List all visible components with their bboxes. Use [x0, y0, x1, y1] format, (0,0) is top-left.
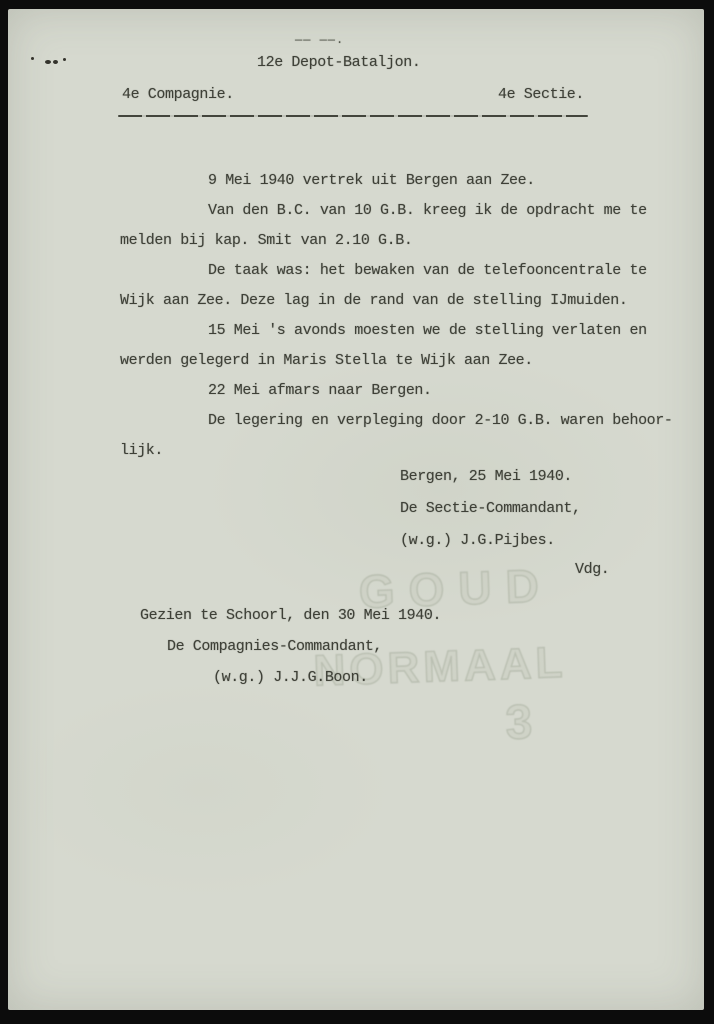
ink-speck [31, 57, 34, 60]
approval-name: (w.g.) J.J.G.Boon. [140, 662, 441, 693]
typed-top-mark: —— ——. [295, 33, 344, 47]
signature-rank: Vdg. [575, 561, 609, 578]
body-line: Van den B.C. van 10 G.B. kreeg ik de opd… [120, 196, 680, 226]
report-body: 9 Mei 1940 vertrek uit Bergen aan Zee. V… [120, 166, 680, 466]
signature-block: Bergen, 25 Mei 1940. De Sectie-Commandan… [400, 461, 581, 557]
header-rule [118, 115, 588, 117]
body-line: 22 Mei afmars naar Bergen. [120, 376, 680, 406]
watermark-text-3: 3 [505, 695, 534, 751]
body-line: werden gelegerd in Maris Stella te Wijk … [120, 346, 680, 376]
body-line: 9 Mei 1940 vertrek uit Bergen aan Zee. [120, 166, 680, 196]
signature-name: (w.g.) J.G.Pijbes. [400, 525, 581, 557]
body-line: melden bij kap. Smit van 2.10 G.B. [120, 226, 680, 256]
paper-sheet: GOUD NORMAAL 3 —— ——. 12e Depot-Bataljon… [8, 9, 704, 1010]
approval-block: Gezien te Schoorl, den 30 Mei 1940. De C… [140, 600, 441, 693]
document-title: 12e Depot-Bataljon. [257, 54, 420, 71]
body-line: De legering en verpleging door 2-10 G.B.… [120, 406, 680, 436]
approval-role: De Compagnies-Commandant, [140, 631, 441, 662]
approval-seen: Gezien te Schoorl, den 30 Mei 1940. [140, 600, 441, 631]
ink-speck [45, 60, 51, 64]
body-line: 15 Mei 's avonds moesten we de stelling … [120, 316, 680, 346]
scanned-document: GOUD NORMAAL 3 —— ——. 12e Depot-Bataljon… [0, 0, 714, 1024]
body-line: De taak was: het bewaken van de telefoon… [120, 256, 680, 286]
company-label: 4e Compagnie. [122, 86, 234, 103]
ink-speck [53, 60, 58, 64]
paper-watermark: GOUD NORMAAL 3 [8, 9, 704, 1010]
signature-role: De Sectie-Commandant, [400, 493, 581, 525]
signature-place-date: Bergen, 25 Mei 1940. [400, 461, 581, 493]
section-label: 4e Sectie. [498, 86, 584, 103]
ink-speck [63, 58, 66, 61]
body-line: Wijk aan Zee. Deze lag in de rand van de… [120, 286, 680, 316]
